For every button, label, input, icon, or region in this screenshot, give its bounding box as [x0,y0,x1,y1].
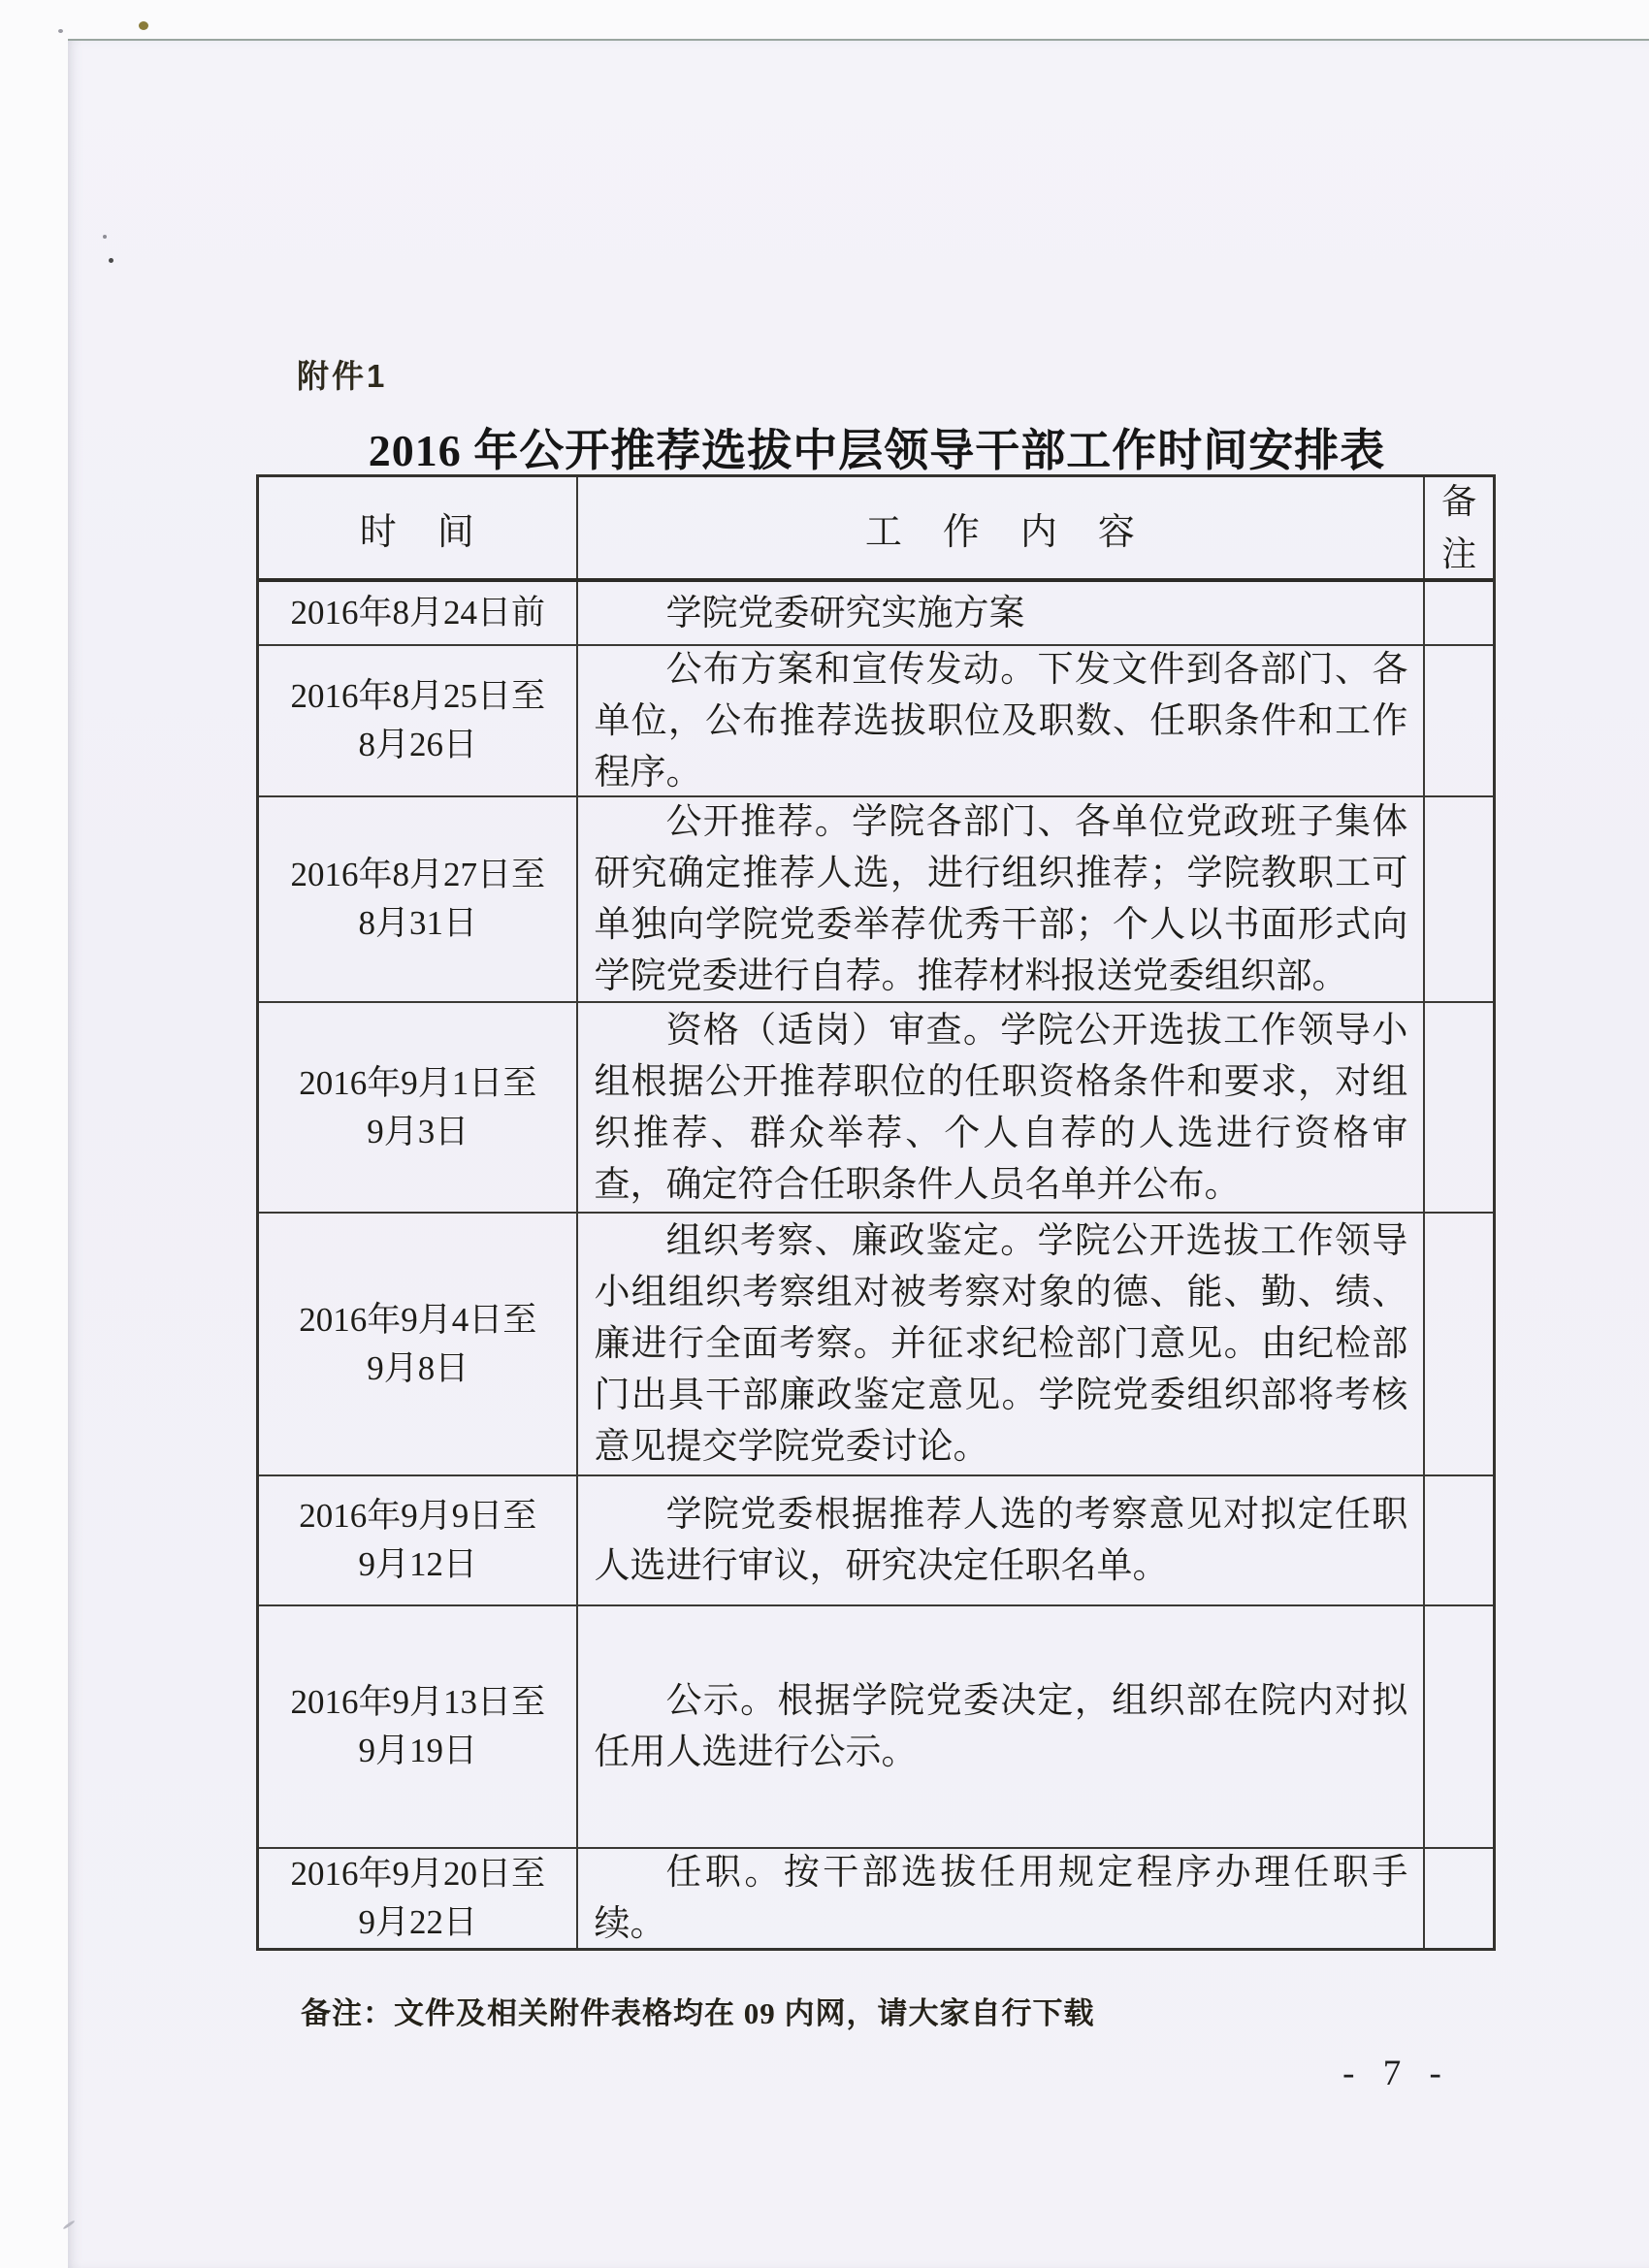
scan-speck [109,258,113,263]
table-row: 2016年9月1日至 9月3日 资格（适岗）审查。学院公开选拔工作领导小组根据公… [259,1003,1493,1214]
time-text: 2016年9月4日至 9月8日 [259,1296,576,1393]
time-cell: 2016年8月24日前 [259,582,578,644]
footer-note: 备注：文件及相关附件表格均在 09 内网，请大家自行下载 [301,1989,1095,2032]
column-header-remark: 备注 [1425,477,1493,578]
table-row: 2016年8月25日至 8月26日 公布方案和宣传发动。下发文件到各部门、各单位… [259,646,1493,797]
scan-speck [103,235,107,239]
scan-speck [139,21,148,30]
time-cell: 2016年9月1日至 9月3日 [259,1003,578,1212]
time-cell: 2016年9月20日至 9月22日 [259,1849,578,1948]
attachment-label: 附件1 [297,351,387,397]
time-cell: 2016年9月4日至 9月8日 [259,1214,578,1474]
content-cell: 学院党委根据推荐人选的考察意见对拟定任职人选进行审议，研究决定任职名单。 [578,1476,1425,1604]
time-text: 2016年9月9日至 9月12日 [259,1492,576,1589]
time-cell: 2016年9月9日至 9月12日 [259,1476,578,1604]
content-cell: 资格（适岗）审查。学院公开选拔工作领导小组根据公开推荐职位的任职资格条件和要求，… [578,1003,1425,1212]
content-cell: 公开推荐。学院各部门、各单位党政班子集体研究确定推荐人选，进行组织推荐；学院教职… [578,797,1425,1001]
schedule-table: 时 间 工 作 内 容 备注 2016年8月24日前 学院党委研究实施方案 20… [256,474,1496,1951]
content-text: 任职。按干部选拔任用规定程序办理任职手续。 [578,1845,1423,1952]
remark-cell [1425,1214,1493,1474]
column-header-time-label: 时 间 [259,502,576,555]
content-text: 组织考察、廉政鉴定。学院公开选拔工作领导小组组织考察组对被考察对象的德、能、勤、… [578,1214,1423,1474]
remark-cell [1425,797,1493,1001]
scan-speck [58,29,63,33]
content-text: 公开推荐。学院各部门、各单位党政班子集体研究确定推荐人选，进行组织推荐；学院教职… [578,794,1423,1004]
time-cell: 2016年8月27日至 8月31日 [259,797,578,1001]
remark-cell [1425,1003,1493,1212]
time-text: 2016年9月13日至 9月19日 [259,1678,576,1775]
content-cell: 组织考察、廉政鉴定。学院公开选拔工作领导小组组织考察组对被考察对象的德、能、勤、… [578,1214,1425,1474]
column-header-content-label: 工 作 内 容 [578,502,1423,555]
remark-cell [1425,582,1493,644]
remark-cell [1425,1606,1493,1847]
time-text: 2016年9月20日至 9月22日 [259,1850,576,1947]
remark-cell [1425,1849,1493,1948]
content-cell: 公布方案和宣传发动。下发文件到各部门、各单位，公布推荐选拔职位及职数、任职条件和… [578,646,1425,795]
content-text: 公布方案和宣传发动。下发文件到各部门、各单位，公布推荐选拔职位及职数、任职条件和… [578,642,1423,800]
page-number: - 7 - [1309,2053,1484,2094]
table-row: 2016年8月27日至 8月31日 公开推荐。学院各部门、各单位党政班子集体研究… [259,797,1493,1003]
table-row: 2016年9月20日至 9月22日 任职。按干部选拔任用规定程序办理任职手续。 [259,1849,1493,1948]
time-text: 2016年8月25日至 8月26日 [259,672,576,769]
time-cell: 2016年9月13日至 9月19日 [259,1606,578,1847]
content-cell: 任职。按干部选拔任用规定程序办理任职手续。 [578,1849,1425,1948]
scanned-document: { "doc": { "attachment_label": "附件1", "t… [0,0,1649,2268]
content-text: 学院党委研究实施方案 [578,586,1423,641]
column-header-time: 时 间 [259,477,578,578]
content-cell: 学院党委研究实施方案 [578,582,1425,644]
time-text: 2016年8月27日至 8月31日 [259,851,576,948]
page-title: 2016 年公开推荐选拔中层领导干部工作时间安排表 [256,415,1498,479]
content-cell: 公示。根据学院党委决定，组织部在院内对拟任用人选进行公示。 [578,1606,1425,1847]
time-cell: 2016年8月25日至 8月26日 [259,646,578,795]
time-text: 2016年9月1日至 9月3日 [259,1059,576,1156]
table-row: 2016年9月13日至 9月19日 公示。根据学院党委决定，组织部在院内对拟任用… [259,1606,1493,1849]
table-row: 2016年8月24日前 学院党委研究实施方案 [259,582,1493,646]
content-text: 学院党委根据推荐人选的考察意见对拟定任职人选进行审议，研究决定任职名单。 [578,1487,1423,1594]
table-row: 2016年9月9日至 9月12日 学院党委根据推荐人选的考察意见对拟定任职人选进… [259,1476,1493,1606]
remark-cell [1425,646,1493,795]
content-text: 公示。根据学院党委决定，组织部在院内对拟任用人选进行公示。 [578,1673,1423,1780]
remark-cell [1425,1476,1493,1604]
column-header-remark-label: 备注 [1439,475,1478,580]
column-header-content: 工 作 内 容 [578,477,1425,578]
time-text: 2016年8月24日前 [259,589,576,637]
table-header-row: 时 间 工 作 内 容 备注 [259,477,1493,582]
table-row: 2016年9月4日至 9月8日 组织考察、廉政鉴定。学院公开选拔工作领导小组组织… [259,1214,1493,1476]
content-text: 资格（适岗）审查。学院公开选拔工作领导小组根据公开推荐职位的任职资格条件和要求，… [578,1003,1423,1213]
